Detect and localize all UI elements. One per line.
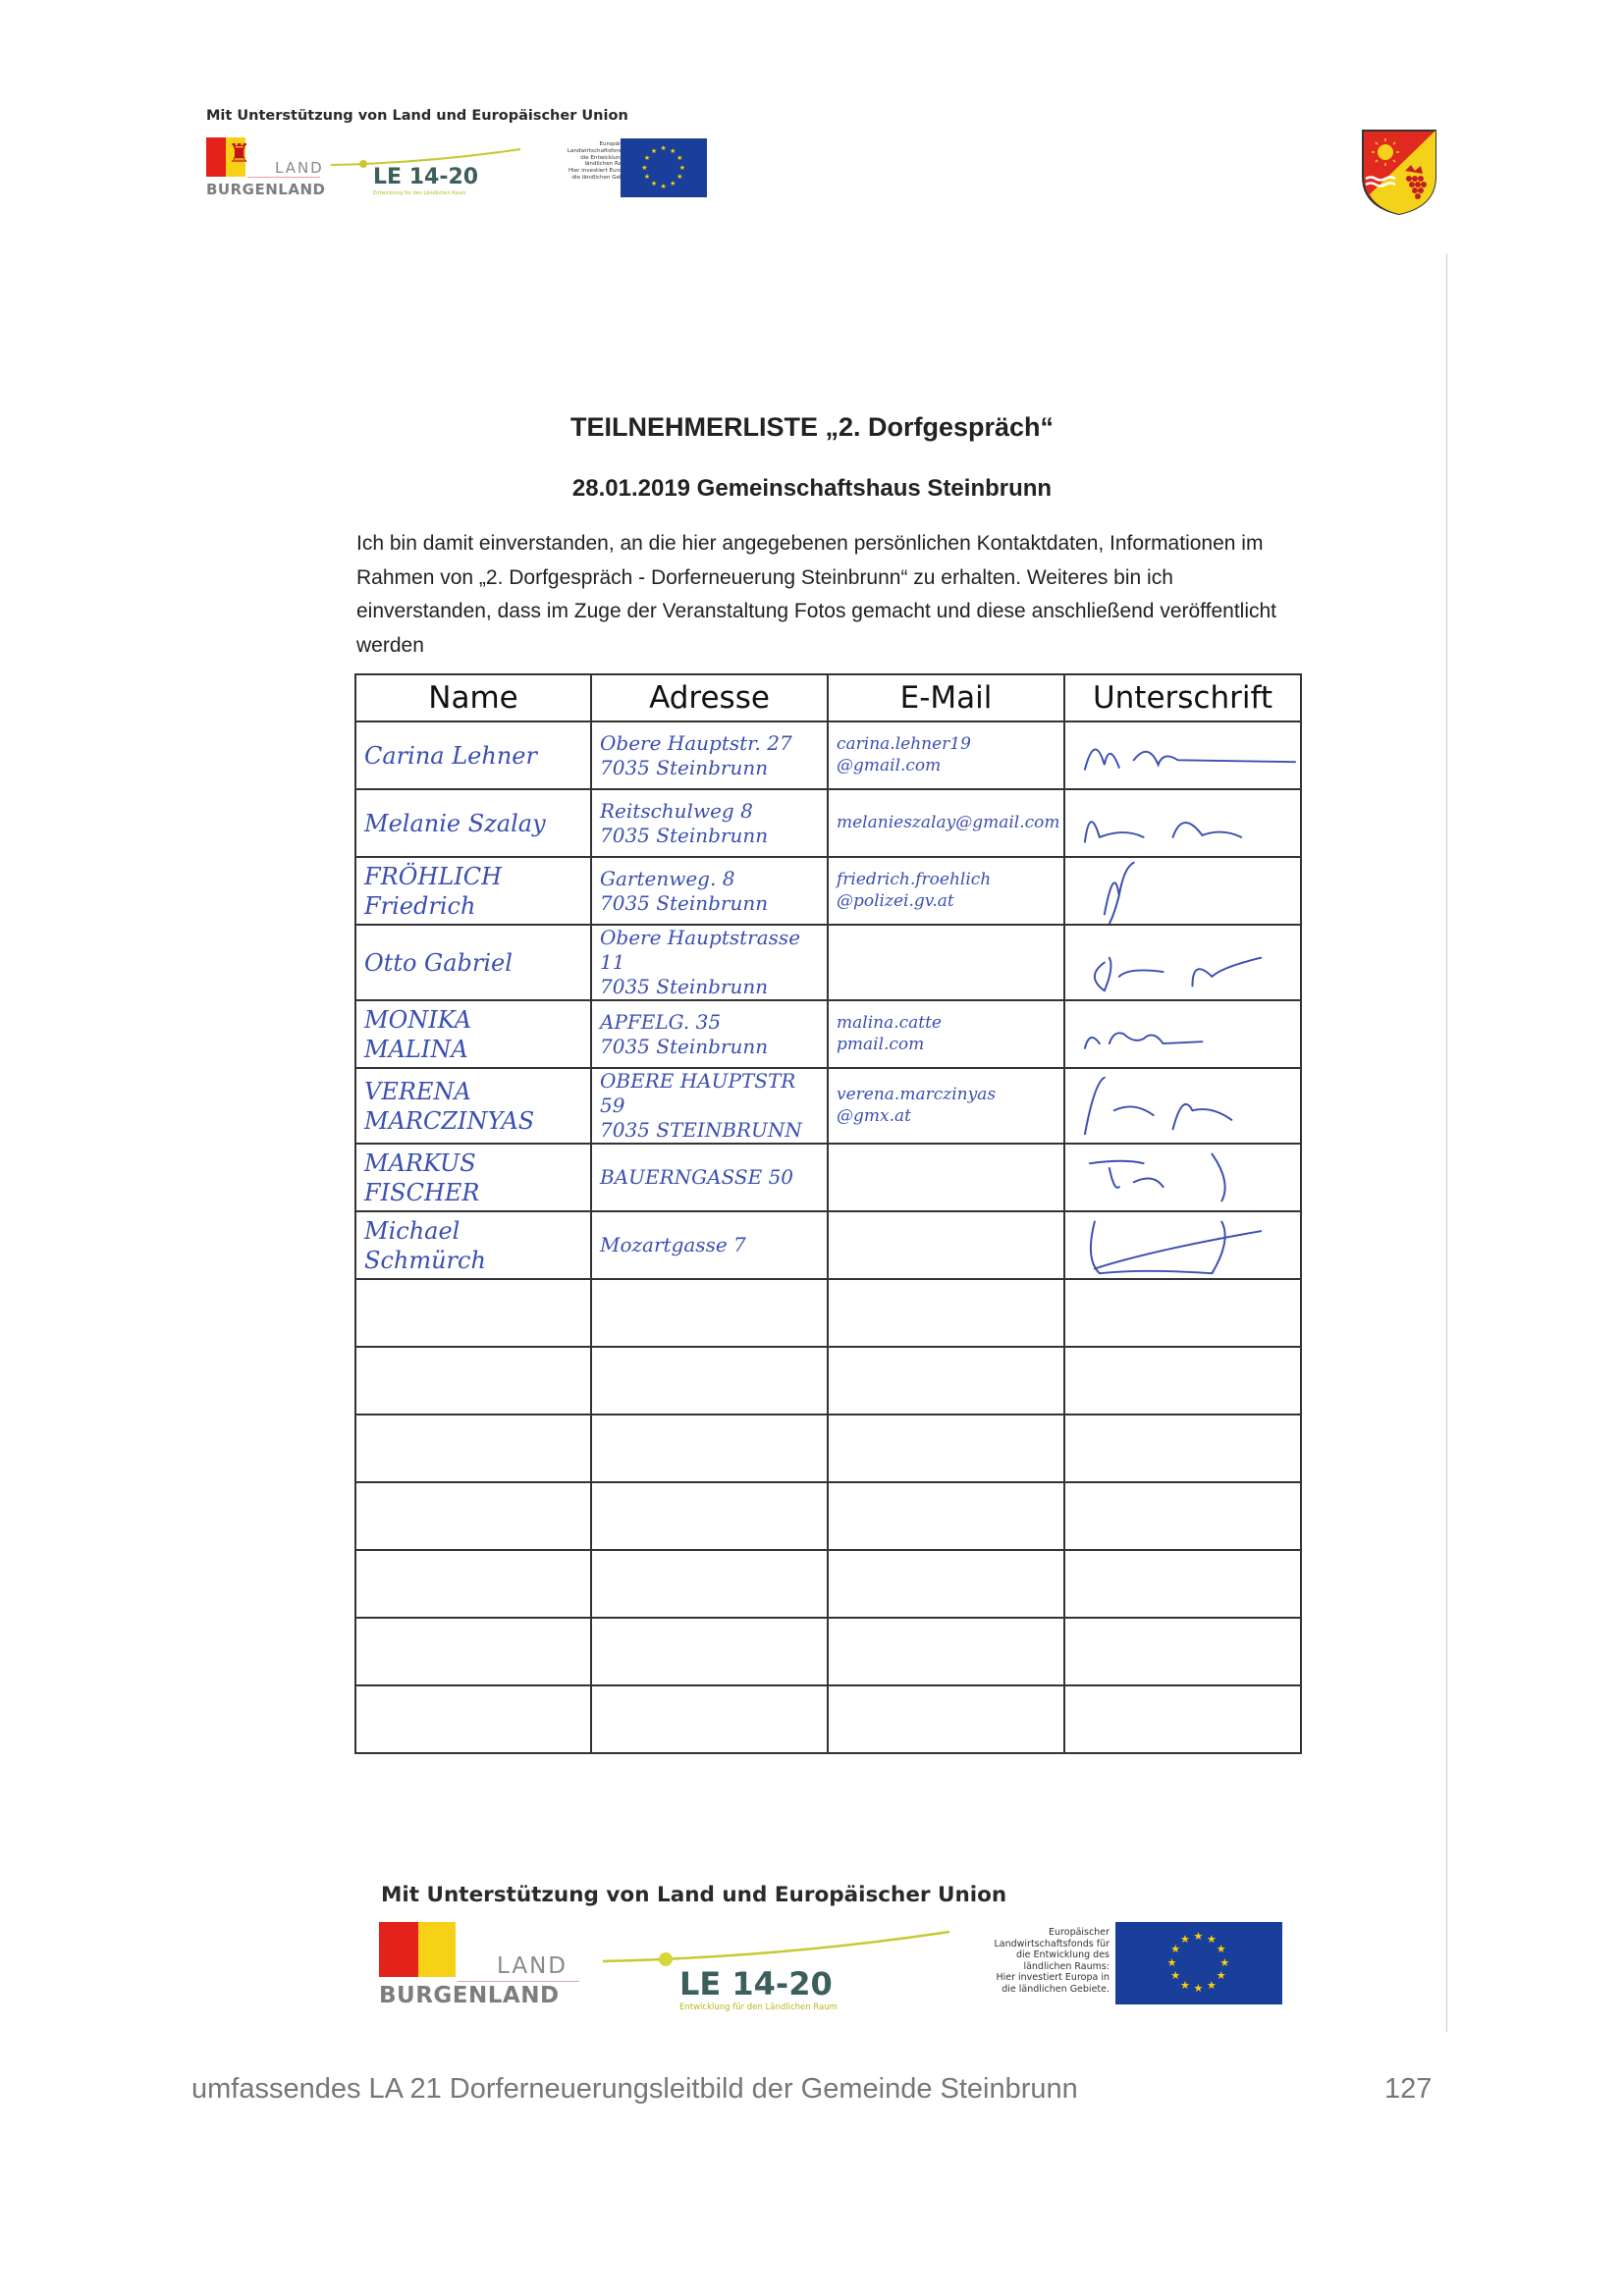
participant-email-cell: carina.lehner19 @gmail.com xyxy=(828,721,1064,789)
participant-address-cell: Reitschulweg 8 7035 Steinbrunn xyxy=(591,789,828,857)
le-14-20-logo: LE 14-20 Entwicklung für den Ländlichen … xyxy=(329,143,525,202)
participant-address-cell xyxy=(591,1482,828,1550)
signature-cell xyxy=(1064,1415,1301,1482)
participant-email-cell xyxy=(828,1482,1064,1550)
eu-fund-text: Europäischer Landwirtschaftsfonds für di… xyxy=(530,141,635,182)
participant-name-cell xyxy=(355,1415,591,1482)
participant-address-cell: APFELG. 35 7035 Steinbrunn xyxy=(591,1000,828,1068)
participant-name-cell: VERENA MARCZINYAS xyxy=(355,1068,591,1144)
participant-email: friedrich.froehlich @polizei.gv.at xyxy=(829,870,1063,912)
burgenland-logo: ♜ LAND BURGENLAND xyxy=(206,137,324,198)
participant-name-cell xyxy=(355,1618,591,1685)
participant-email-cell: melanieszalay@gmail.com xyxy=(828,789,1064,857)
participant-address-cell xyxy=(591,1415,828,1482)
participant-email: malina.catte pmail.com xyxy=(829,1013,1063,1055)
participant-email: melanieszalay@gmail.com xyxy=(829,813,1063,833)
page-number: 127 xyxy=(1384,2073,1432,2106)
signature-cell xyxy=(1064,1068,1301,1144)
column-header-email: E-Mail xyxy=(828,674,1064,721)
le-14-20-logo-footer: LE 14-20 Entwicklung für den Ländlichen … xyxy=(601,1924,954,2022)
table-header-row: Name Adresse E-Mail Unterschrift xyxy=(355,674,1301,721)
participant-email-cell xyxy=(828,1144,1064,1211)
participant-address: Obere Hauptstrasse 11 7035 Steinbrunn xyxy=(592,926,827,999)
participant-address-cell: BAUERNGASSE 50 xyxy=(591,1144,828,1211)
column-header-name: Name xyxy=(355,674,591,721)
participant-address-cell: Gartenweg. 8 7035 Steinbrunn xyxy=(591,857,828,925)
table-row: FRÖHLICH FriedrichGartenweg. 8 7035 Stei… xyxy=(355,857,1301,925)
participant-address-cell xyxy=(591,1618,828,1685)
column-header-signature: Unterschrift xyxy=(1064,674,1301,721)
signature-cell xyxy=(1064,857,1301,925)
le-logo-title: LE 14-20 xyxy=(373,165,478,189)
handwritten-signature xyxy=(1065,1001,1300,1067)
burgenland-logo-line1: LAND xyxy=(275,159,324,177)
handwritten-signature xyxy=(1065,1212,1300,1278)
participant-address-cell: Mozartgasse 7 xyxy=(591,1211,828,1279)
burgenland-logo-line2: BURGENLAND xyxy=(206,181,325,198)
handwritten-signature xyxy=(1065,858,1300,924)
burgenland-logo-footer: LAND BURGENLAND xyxy=(379,1922,580,2020)
signature-cell xyxy=(1064,925,1301,1000)
header-support-text: Mit Unterstützung von Land und Europäisc… xyxy=(206,108,628,124)
participant-table: Name Adresse E-Mail Unterschrift Carina … xyxy=(354,673,1302,1754)
participant-name-cell: MARKUS FISCHER xyxy=(355,1144,591,1211)
signature-cell xyxy=(1064,1000,1301,1068)
participant-email-cell xyxy=(828,1685,1064,1753)
table-row: Carina LehnerObere Hauptstr. 27 7035 Ste… xyxy=(355,721,1301,789)
participant-email-cell xyxy=(828,1279,1064,1347)
signature-cell xyxy=(1064,1550,1301,1618)
participant-address-cell xyxy=(591,1550,828,1618)
eu-flag-icon: ★★★★★★★★★★★★ xyxy=(621,138,707,197)
le-logo-subtitle: Entwicklung für den Ländlichen Raum xyxy=(373,190,466,196)
participant-address-cell xyxy=(591,1685,828,1753)
table-row: MARKUS FISCHERBAUERNGASSE 50 xyxy=(355,1144,1301,1211)
participant-name-cell xyxy=(355,1279,591,1347)
le-logo-footer-subtitle: Entwicklung für den Ländlichen Raum xyxy=(679,2002,838,2012)
handwritten-signature xyxy=(1065,790,1300,856)
participant-name-cell: MONIKA MALINA xyxy=(355,1000,591,1068)
participant-name: Otto Gabriel xyxy=(356,948,590,978)
table-row xyxy=(355,1550,1301,1618)
participant-email: verena.marczinyas @gmx.at xyxy=(829,1085,1063,1127)
signature-cell xyxy=(1064,789,1301,857)
table-row: MONIKA MALINAAPFELG. 35 7035 Steinbrunnm… xyxy=(355,1000,1301,1068)
participant-name-cell xyxy=(355,1482,591,1550)
participant-name-cell xyxy=(355,1347,591,1415)
participant-name: Carina Lehner xyxy=(356,741,590,771)
table-row xyxy=(355,1279,1301,1347)
footer-caption: umfassendes LA 21 Dorferneuerungsleitbil… xyxy=(191,2073,1078,2106)
document-subtitle: 28.01.2019 Gemeinschaftshaus Steinbrunn xyxy=(0,475,1624,503)
participant-name-cell: Otto Gabriel xyxy=(355,925,591,1000)
participant-address: BAUERNGASSE 50 xyxy=(592,1165,827,1190)
table-row: Otto GabrielObere Hauptstrasse 11 7035 S… xyxy=(355,925,1301,1000)
participant-email-cell: friedrich.froehlich @polizei.gv.at xyxy=(828,857,1064,925)
participant-address-cell: OBERE HAUPTSTR 59 7035 STEINBRUNN xyxy=(591,1068,828,1144)
participant-name-cell xyxy=(355,1685,591,1753)
participant-email: carina.lehner19 @gmail.com xyxy=(829,734,1063,776)
document-title: TEILNEHMERLISTE „2. Dorfgespräch“ xyxy=(0,412,1624,443)
participant-email-cell: verena.marczinyas @gmx.at xyxy=(828,1068,1064,1144)
participant-name-cell xyxy=(355,1550,591,1618)
signature-cell xyxy=(1064,1279,1301,1347)
participant-email-cell xyxy=(828,1211,1064,1279)
table-row xyxy=(355,1347,1301,1415)
signature-cell xyxy=(1064,1482,1301,1550)
handwritten-signature xyxy=(1065,930,1300,995)
participant-email-cell xyxy=(828,925,1064,1000)
signature-cell xyxy=(1064,1685,1301,1753)
participant-name: MONIKA MALINA xyxy=(356,1005,590,1064)
table-row: VERENA MARCZINYASOBERE HAUPTSTR 59 7035 … xyxy=(355,1068,1301,1144)
eu-flag-icon: ★★★★★★★★★★★★ xyxy=(1115,1922,1282,2004)
table-row xyxy=(355,1685,1301,1753)
participant-name: Michael Schmürch xyxy=(356,1216,590,1275)
table-row: Melanie SzalayReitschulweg 8 7035 Steinb… xyxy=(355,789,1301,857)
participant-address-cell: Obere Hauptstrasse 11 7035 Steinbrunn xyxy=(591,925,828,1000)
eu-fund-text-footer: Europäischer Landwirtschaftsfonds für di… xyxy=(943,1927,1110,1995)
participant-address: Obere Hauptstr. 27 7035 Steinbrunn xyxy=(592,731,827,780)
participant-name: VERENA MARCZINYAS xyxy=(356,1077,590,1136)
participant-address: APFELG. 35 7035 Steinbrunn xyxy=(592,1010,827,1059)
table-row: Michael SchmürchMozartgasse 7 xyxy=(355,1211,1301,1279)
participant-address: Reitschulweg 8 7035 Steinbrunn xyxy=(592,799,827,848)
signature-cell xyxy=(1064,1618,1301,1685)
signature-cell xyxy=(1064,1211,1301,1279)
burgenland-logo-footer-line2: BURGENLAND xyxy=(379,1983,560,2008)
participant-name-cell: Michael Schmürch xyxy=(355,1211,591,1279)
participant-name-cell: Melanie Szalay xyxy=(355,789,591,857)
participant-name: MARKUS FISCHER xyxy=(356,1148,590,1207)
handwritten-signature xyxy=(1065,1073,1300,1139)
handwritten-signature xyxy=(1065,1145,1300,1210)
burgenland-logo-footer-line1: LAND xyxy=(497,1953,568,1979)
participant-email-cell: malina.catte pmail.com xyxy=(828,1000,1064,1068)
signature-cell xyxy=(1064,721,1301,789)
participant-address-cell xyxy=(591,1279,828,1347)
participant-email-cell xyxy=(828,1347,1064,1415)
column-header-address: Adresse xyxy=(591,674,828,721)
participant-address: OBERE HAUPTSTR 59 7035 STEINBRUNN xyxy=(592,1069,827,1143)
scan-edge-line xyxy=(1446,253,1447,2032)
participant-email-cell xyxy=(828,1618,1064,1685)
participant-address-cell: Obere Hauptstr. 27 7035 Steinbrunn xyxy=(591,721,828,789)
handwritten-signature xyxy=(1065,722,1300,788)
consent-text: Ich bin damit einverstanden, an die hier… xyxy=(356,527,1299,663)
signature-cell xyxy=(1064,1347,1301,1415)
participant-name: FRÖHLICH Friedrich xyxy=(356,862,590,921)
table-row xyxy=(355,1482,1301,1550)
participant-address: Mozartgasse 7 xyxy=(592,1233,827,1257)
le-logo-footer-title: LE 14-20 xyxy=(679,1965,833,2002)
signature-cell xyxy=(1064,1144,1301,1211)
participant-address-cell xyxy=(591,1347,828,1415)
burgenland-eagle-icon: ♜ xyxy=(228,139,250,169)
participant-address: Gartenweg. 8 7035 Steinbrunn xyxy=(592,867,827,916)
participant-name-cell: FRÖHLICH Friedrich xyxy=(355,857,591,925)
table-row xyxy=(355,1415,1301,1482)
table-row xyxy=(355,1618,1301,1685)
participant-email-cell xyxy=(828,1550,1064,1618)
participant-name: Melanie Szalay xyxy=(356,809,590,838)
steinbrunn-coat-of-arms-icon xyxy=(1360,128,1438,216)
footer-support-text: Mit Unterstützung von Land und Europäisc… xyxy=(381,1883,1006,1907)
participant-email-cell xyxy=(828,1415,1064,1482)
participant-name-cell: Carina Lehner xyxy=(355,721,591,789)
